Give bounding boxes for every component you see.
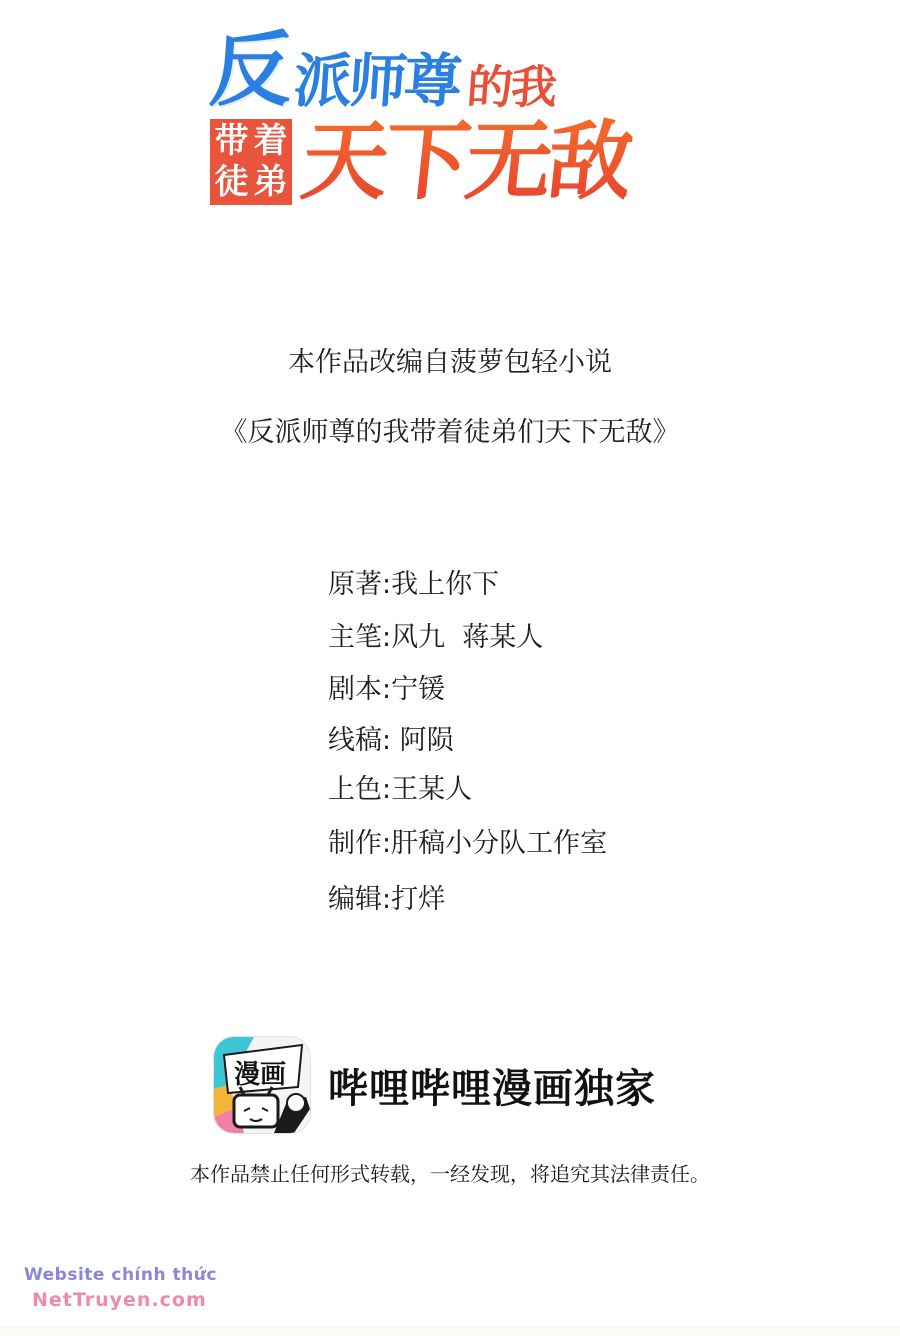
novel-title: 《反派师尊的我带着徒弟们天下无敌》 [0, 410, 900, 449]
app-icon-text: 漫画 [234, 1060, 286, 1090]
watermark-line-1: Website chính thức [24, 1265, 217, 1285]
credit-script: 剧本:宁锾 [328, 667, 445, 706]
credit-production: 制作:肝稿小分队工作室 [328, 821, 607, 860]
credit-lead-artist: 主笔:风九 蒋某人 [328, 615, 543, 654]
bilibili-manga-exclusive-label: 哔哩哔哩漫画独家 [328, 1057, 656, 1114]
credit-original-author: 原著:我上你下 [328, 562, 499, 601]
credit-lineart: 线稿: 阿陨 [328, 718, 454, 757]
logo-box-char: 着 [251, 121, 290, 162]
bilibili-manga-app-icon: 漫画 [214, 1037, 310, 1133]
logo-text-dewo: 的我 [465, 62, 556, 112]
watermark-site-name: NetTruyen.com [32, 1289, 207, 1311]
logo-row-2: 带 着 徒 弟 天下无敌 [210, 112, 630, 212]
title-logo: 反 派师尊 的我 带 着 徒 弟 天下无敌 [210, 22, 700, 212]
logo-text-tianxiawudi: 天下无敌 [297, 117, 634, 207]
logo-box-char: 弟 [251, 162, 290, 203]
copyright-notice: 本作品禁止任何形式转载，一经发现，将追究其法律责任。 [0, 1158, 900, 1187]
app-icon-graphic: 漫画 [214, 1037, 310, 1133]
logo-red-box: 带 着 徒 弟 [210, 119, 292, 205]
adaptation-source: 本作品改编自菠萝包轻小说 [0, 340, 900, 379]
logo-box-char: 徒 [212, 162, 251, 203]
credit-coloring: 上色:王某人 [328, 767, 472, 806]
logo-text-paishizun: 派师尊 [292, 50, 461, 112]
logo-row-1: 反 派师尊 的我 [210, 22, 555, 112]
logo-box-char: 带 [212, 121, 251, 162]
logo-char-fan: 反 [207, 30, 293, 112]
bottom-edge [0, 1326, 900, 1336]
credit-editor: 编辑:打烊 [328, 877, 445, 916]
